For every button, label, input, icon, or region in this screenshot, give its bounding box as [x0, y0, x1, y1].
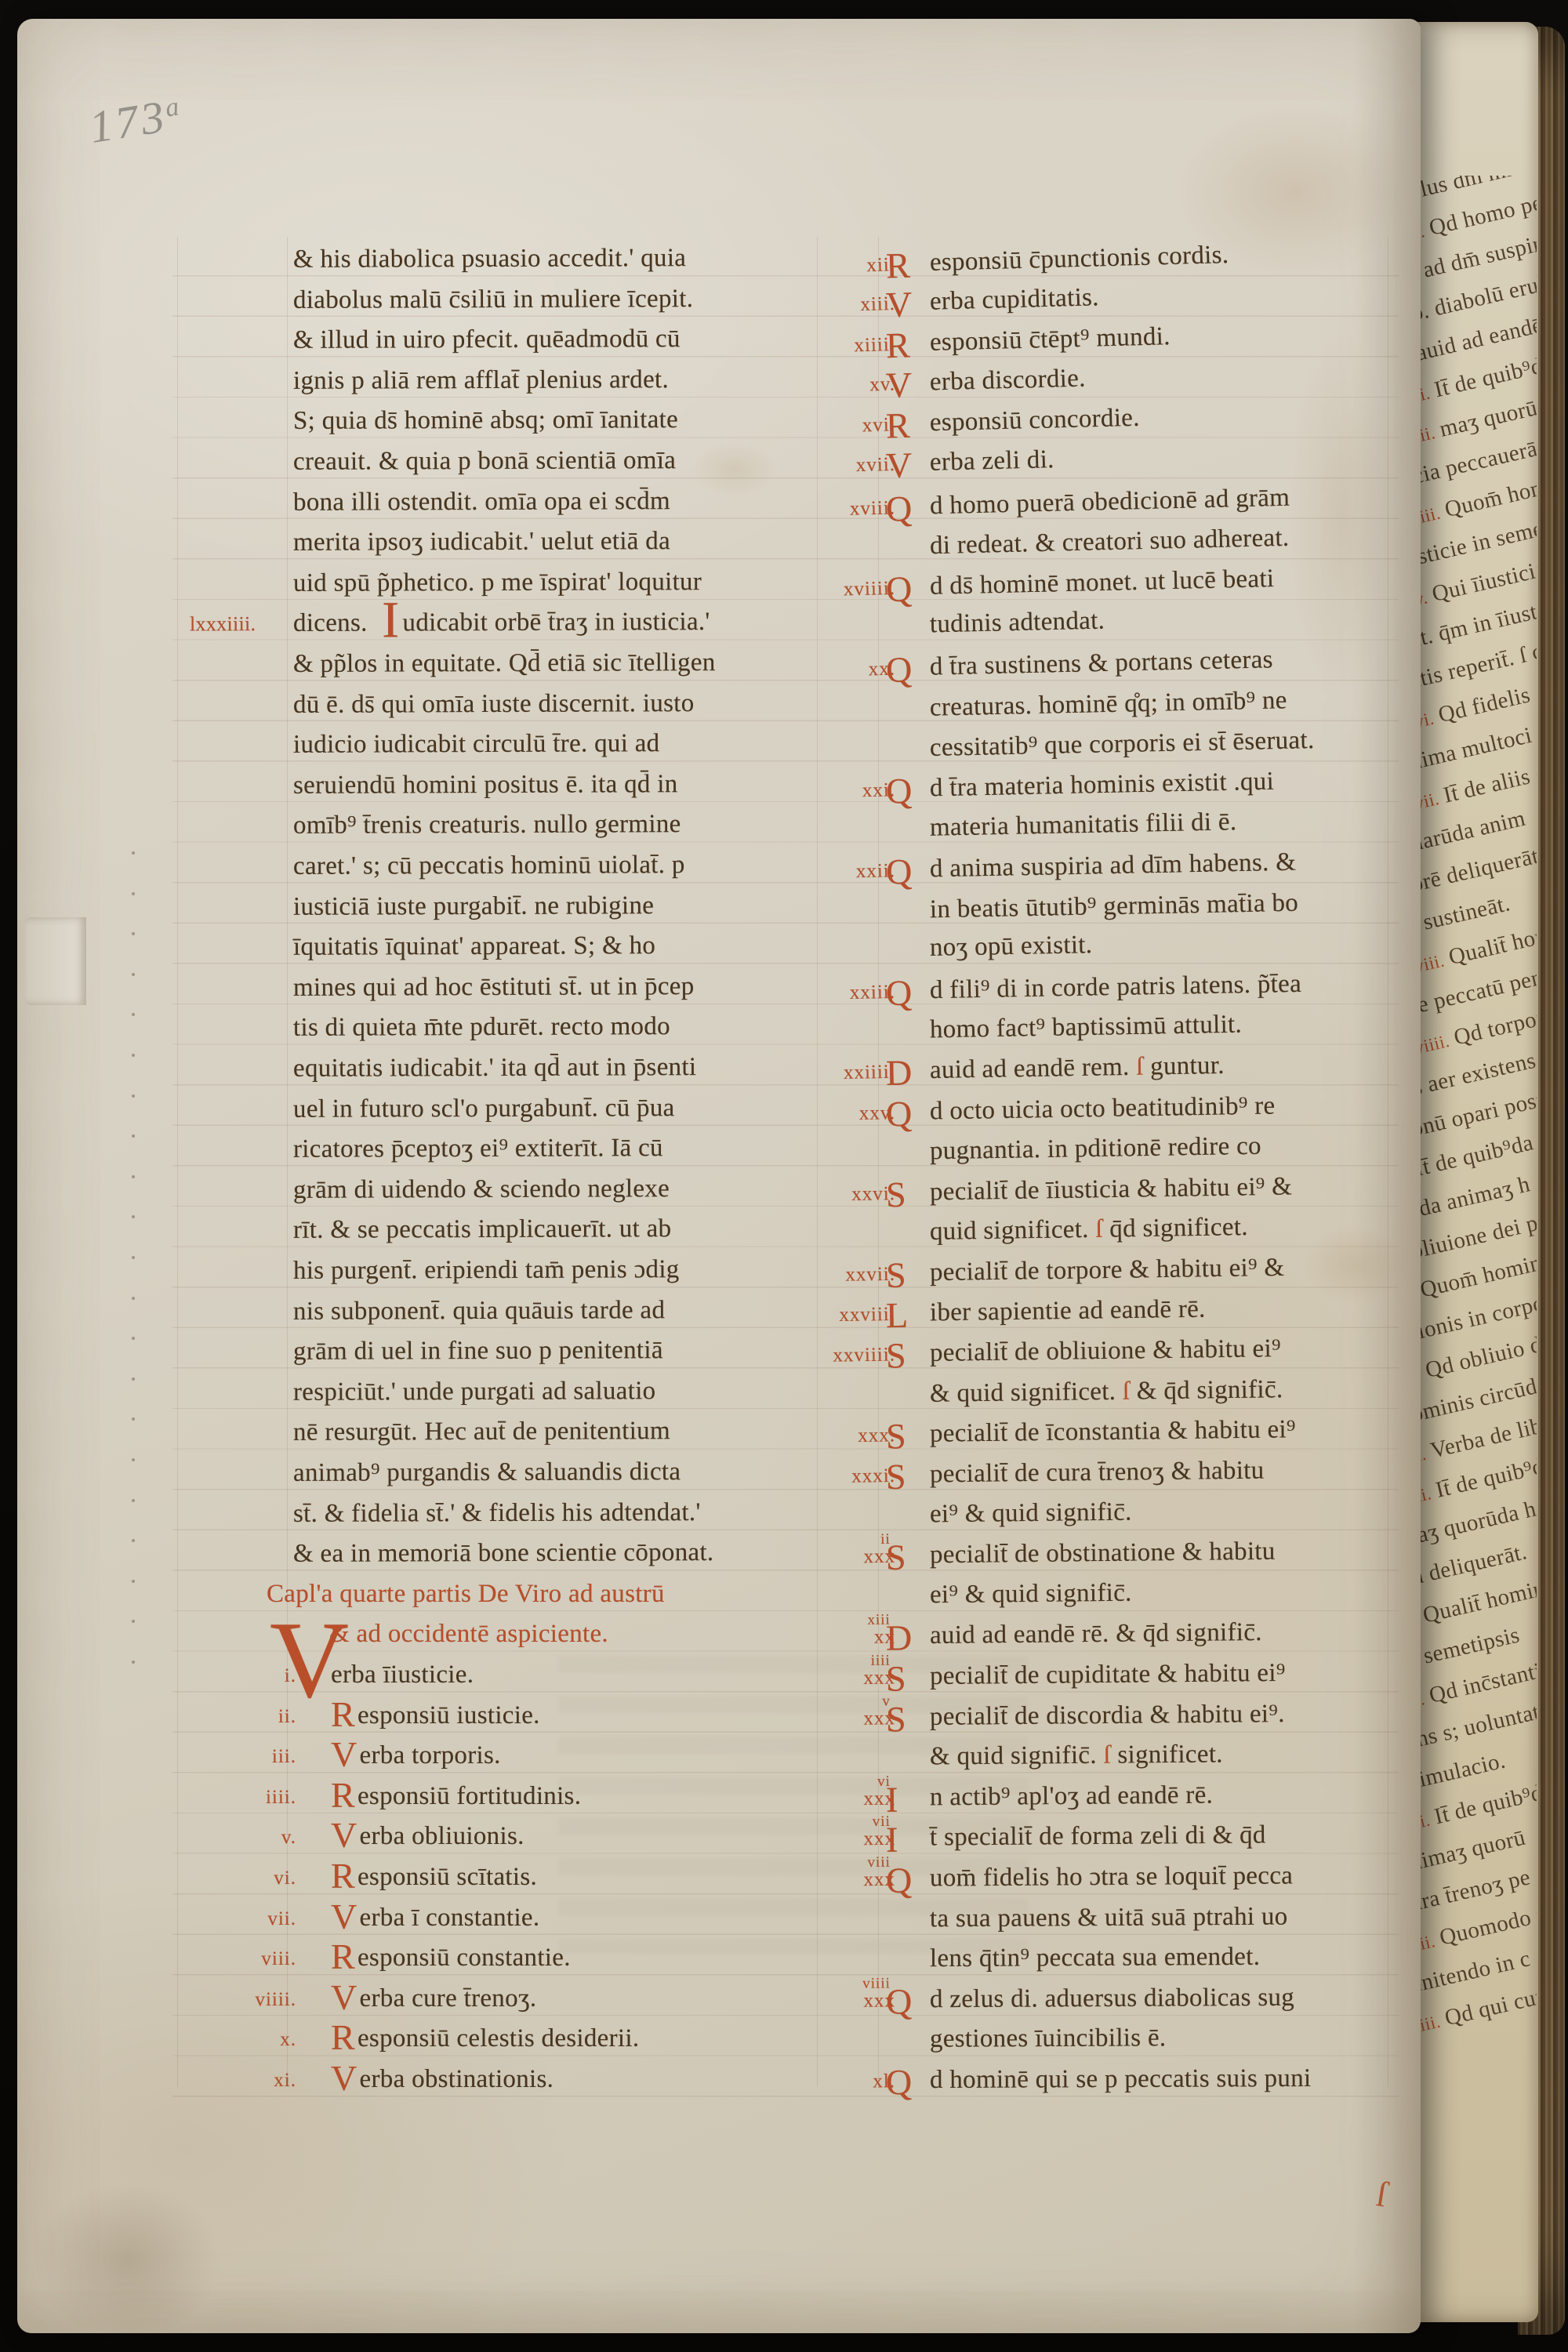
text-line: xxiiii.Dauid ad eandē rem. ſ guntur. — [930, 1051, 1225, 1091]
text-line: xxviii.Liber sapientie ad eandē rē. — [930, 1294, 1206, 1333]
list-item-line: xi.Verba obstinationis. — [331, 2065, 554, 2100]
line-text: d fili⁹ di in corde patris latens. p̃t̄e… — [930, 970, 1302, 1004]
text-line: uel in futuro scl'o purgabunt̄. cū p̄ua — [293, 1094, 675, 1130]
chapter-number: xxxiiii — [814, 1667, 895, 1690]
text-line: xvii.Verba zeli di. — [930, 445, 1055, 483]
text-line: quid significet. ſ q̄d significet. — [930, 1213, 1248, 1252]
text-line: xxvi.Specialit̄ de īiusticia & habitu ei… — [930, 1172, 1293, 1212]
text-line: cessitatib⁹ que corporis ei st̄ ēseruat. — [930, 726, 1315, 768]
text-line: tis di quieta m̄te pdurēt. recto modo — [293, 1013, 670, 1049]
chapter-number: xxxii — [814, 1546, 895, 1569]
line-text: d homo puerā obedicionē ad grām — [930, 483, 1290, 520]
text-line: uid spū p̃phetico. p me īspirat' loquitu… — [293, 568, 702, 604]
text-line: xxv.Qd octo uicia octo beatitudinib⁹ re — [930, 1091, 1276, 1131]
text-line: xxviiii.Specialit̄ de obliuione & habitu… — [930, 1334, 1281, 1374]
chapter-number: xiiii. — [814, 334, 896, 358]
chapter-number: xxv. — [814, 1102, 895, 1126]
list-item-line: vi.Responsiū scītatis. — [331, 1863, 537, 1897]
initial-letter: Q — [886, 971, 913, 1014]
chapter-number: x. — [215, 2029, 296, 2051]
text-line: xxx.Specialit̄ de īconstantia & habitu e… — [930, 1416, 1296, 1455]
text-line: S; quia ds̄ hominē absq; omī īanitate — [293, 406, 678, 442]
line-text: erba cupiditatis. — [929, 283, 1099, 316]
initial-letter: Q — [886, 1860, 913, 1901]
line-text: erba īiusticie. — [331, 1661, 474, 1689]
folio-superscript: a — [163, 92, 184, 123]
initial-letter: Q — [885, 648, 913, 691]
line-text: noʒ opū existit. — [930, 931, 1093, 962]
text-line: xxxviiIt̄ specialit̄ de forma zeli di & … — [930, 1821, 1266, 1858]
line-text: erba cure t̄renoʒ. — [360, 1984, 537, 2013]
text-line: & ea in memoriā bone scientie cōponat. — [293, 1538, 714, 1574]
text-line: bona illi ostendit. omīa opa ei scd̄m — [293, 487, 670, 523]
line-text: S; quia ds̄ hominē absq; omī īanitate — [293, 406, 678, 436]
pricking-dot — [132, 1661, 135, 1664]
line-text: erba zeli di. — [930, 445, 1055, 477]
text-line: pugnantia. in pditionē redire co — [930, 1132, 1262, 1171]
rubric-segment: ſ — [1103, 1741, 1111, 1769]
line-text: lens q̄tin⁹ peccata sua emendet. — [930, 1943, 1260, 1973]
pricking-dot — [132, 1134, 135, 1138]
text-line: xxxiiiDauid ad eandē rē. & q̄d signific̄… — [930, 1618, 1262, 1656]
text-line: diabolus malū c̄siliū in muliere īcepit. — [293, 285, 693, 321]
text-line: iusticiā iuste purgabit̄. ne rubigine — [293, 891, 654, 927]
chapter-number: xi. — [215, 2070, 296, 2092]
list-item-line: i.erba īiusticie. — [331, 1661, 474, 1695]
initial-letter: Q — [885, 770, 913, 812]
text-line: dū ē. ds̄ qui omīa iuste discernit. iust… — [293, 689, 695, 725]
line-text: nē resurgūt. Hec aut̄ de penitentium — [293, 1417, 670, 1447]
text-line: & illud in uiro pfecit. quēadmodū cū — [293, 325, 681, 361]
rubric-line: & ad occidentē aspiciente. — [329, 1620, 608, 1654]
initial-letter: S — [886, 1254, 907, 1296]
text-line: xvi.Responsiū concordie. — [930, 404, 1141, 443]
line-text: pecialit̄ de obstinatione & habitu — [930, 1537, 1276, 1570]
line-text: d anima suspiria ad dīm habens. & — [930, 848, 1297, 884]
text-line: di redeat. & creatori suo adhereat. — [930, 524, 1290, 566]
text-line: xxiii.Qd fili⁹ di in corde patris latens… — [930, 970, 1302, 1011]
line-text: esponsiū scītatis. — [358, 1863, 537, 1891]
line-text: uel in futuro scl'o purgabunt̄. cū p̄ua — [293, 1094, 675, 1123]
chapter-number: xxviiii. — [814, 1345, 895, 1367]
text-line: iudicio iudicabit circulū t̄re. qui ad — [293, 729, 660, 765]
text-line: materia humanitatis filii di ē. — [930, 808, 1237, 849]
line-text: ei⁹ & quid signific̄. — [930, 1497, 1132, 1528]
text-line: rīt. & se peccatis implicauerīt. ut ab — [293, 1215, 672, 1251]
initial-letter: Q — [886, 1980, 913, 2022]
line-text: d octo uicia octo beatitudinib⁹ re — [930, 1091, 1276, 1125]
pricking-dot — [132, 1417, 135, 1421]
manuscript-photo: zelus dm̄ minuixli.Qd homo peccata su& a… — [0, 0, 1568, 2352]
line-text: pecialit̄ de obliuione & habitu ei⁹ — [930, 1334, 1281, 1367]
chapter-number: xvi. — [814, 415, 896, 439]
line-text: materia humanitatis filii di ē. — [930, 808, 1237, 843]
pricking-dot — [132, 892, 135, 895]
rubric-segment: ſ — [1095, 1215, 1103, 1243]
text-line: xxvii.Specialit̄ de torpore & habitu ei⁹… — [930, 1254, 1285, 1293]
line-text: seruiendū homini positus ē. ita qd̄ in — [293, 770, 678, 800]
line-text: esponsiū constantie. — [358, 1944, 571, 1972]
pricking-dot — [132, 1620, 135, 1623]
list-item-line: iii.Verba torporis. — [331, 1741, 501, 1776]
initial-letter: L — [886, 1294, 909, 1335]
line-text: st̄. & fidelia st̄.' & fidelis his adten… — [293, 1498, 701, 1528]
line-text: pecialit̄ de cura t̄renoʒ & habitu — [930, 1457, 1265, 1489]
line-text: erba ī constantie. — [360, 1904, 540, 1932]
chapter-number: xxviii. — [814, 1304, 895, 1327]
line-text: quid significet. — [930, 1215, 1096, 1246]
text-line: & quid signific̄. ſ significet. — [930, 1740, 1223, 1777]
line-text: udicabit orbē t̄raʒ in iusticia.' — [402, 608, 710, 637]
initial-letter: Q — [886, 2061, 913, 2103]
line-text: esponsiū celestis desiderii. — [358, 2024, 639, 2053]
stain — [1303, 1226, 1405, 1305]
line-text: merita ipsoʒ iudicabit.' uelut etiā da — [293, 527, 670, 557]
text-line: nis subponent̄. quia quāuis tarde ad — [293, 1296, 665, 1332]
text-line: ei⁹ & quid signific̄. — [930, 1497, 1132, 1534]
pricking-dot — [132, 973, 135, 976]
line-text: pecialit̄ de torpore & habitu ei⁹ & — [930, 1254, 1285, 1287]
text-line: xviii.Qd homo puerā obedicionē ad grām — [930, 483, 1290, 526]
initial-letter: R — [885, 245, 910, 287]
line-text: grām di uidendo & sciendo neglexe — [293, 1174, 670, 1204]
vertical-ruling — [177, 237, 178, 2087]
line-text: diabolus malū c̄siliū in muliere īcepit. — [293, 285, 693, 314]
vertical-ruling — [1388, 237, 1388, 2087]
line-text: uom̄ fidelis ho ɔtra se loquit̄ pecca — [930, 1861, 1293, 1892]
text-line: st̄. & fidelia st̄.' & fidelis his adten… — [293, 1498, 701, 1534]
text-line: xxi.Qd t̄ra materia hominis existit .qui — [930, 767, 1275, 808]
chapter-number: xxxviiii — [814, 1990, 895, 2013]
text-line: xv.Verba discordie. — [929, 364, 1086, 402]
chapter-number: xviiii. — [814, 578, 896, 601]
chapter-number: v. — [215, 1827, 296, 1849]
initial-letter: Q — [886, 851, 913, 893]
text-line: merita ipsoʒ iudicabit.' uelut etiā da — [293, 527, 670, 563]
chapter-number: xxi. — [814, 779, 896, 803]
line-text: bona illi ostendit. omīa opa ei scd̄m — [293, 487, 670, 517]
line-text: & ea in memoriā bone scientie cōponat. — [293, 1538, 714, 1568]
line-text: uid spū p̃phetico. p me īspirat' loquitu… — [293, 568, 702, 597]
text-line: xxxviiiQuom̄ fidelis ho ɔtra se loquit̄ … — [930, 1861, 1293, 1898]
chapter-number: xx. — [814, 659, 896, 682]
line-text: gestiones īuincibilis ē. — [930, 2024, 1167, 2053]
line-text: creaturas. hominē q̊q; in omīb⁹ ne — [930, 686, 1287, 721]
chapter-number: xxiiii. — [814, 1062, 895, 1085]
text-line: in beatis ūtutib⁹ germinās mat̄ia bo — [930, 888, 1299, 930]
pricking-dot — [132, 1580, 135, 1583]
chapter-number: xii. — [814, 254, 896, 278]
text-line: his purgent̄. eripiendi tam̄ penis ɔdig — [293, 1255, 680, 1291]
line-text: guntur. — [1143, 1051, 1225, 1081]
initial-letter: Q — [885, 487, 913, 529]
line-text: pugnantia. in pditionē redire co — [930, 1132, 1261, 1165]
pricking-dot — [132, 1013, 135, 1016]
line-text: pecialit̄ de īiusticia & habitu ei⁹ & — [930, 1172, 1293, 1206]
line-text: grām di uel in fine suo p penitentiā — [293, 1336, 663, 1366]
line-text: iber sapientie ad eandē rē. — [930, 1294, 1206, 1327]
line-text: erba obstinationis. — [360, 2065, 554, 2093]
chapter-number: xxxiii — [814, 1627, 895, 1650]
line-text: homo fact⁹ baptissimū attulit. — [930, 1011, 1243, 1044]
chapter-number: xxii. — [814, 860, 896, 884]
chapter-number: i. — [215, 1665, 296, 1687]
line-text: dū ē. ds̄ qui omīa iuste discernit. iust… — [293, 689, 695, 719]
line-text: pecialit̄ de discordia & habitu ei⁹. — [930, 1700, 1285, 1731]
text-line: xxxiiiiSpecialit̄ de cupiditate & habitu… — [930, 1659, 1286, 1697]
initial-letter: V — [885, 283, 913, 325]
initial-letter: S — [886, 1334, 907, 1376]
chapter-number: xviii. — [814, 497, 896, 521]
text-line: creaturas. hominē q̊q; in omīb⁹ ne — [930, 686, 1288, 728]
text-line: xxxviIn actib⁹ apl'oʒ ad eandē rē. — [930, 1780, 1213, 1817]
line-text: q̄d significet. — [1102, 1213, 1248, 1243]
text-line: xii.Responsiū c̄punctionis cordis. — [929, 241, 1229, 283]
line-text: t̄ specialit̄ de forma zeli di & q̄d — [930, 1821, 1266, 1852]
line-text: animab⁹ purgandis & saluandis dicta — [293, 1457, 681, 1487]
chapter-number: xv. — [814, 373, 896, 397]
text-line: xxxvSpecialit̄ de discordia & habitu ei⁹… — [930, 1700, 1285, 1737]
line-text: nis subponent̄. quia quāuis tarde ad — [293, 1296, 665, 1326]
text-line: ignis p aliā rem afflat̄ plenius ardet. — [293, 365, 669, 401]
initial-letter: S — [886, 1698, 906, 1740]
text-line: gestiones īuincibilis ē. — [930, 2024, 1167, 2060]
chapter-number: xiii. — [814, 292, 896, 317]
initial-letter: S — [886, 1537, 906, 1578]
text-line: lxxxiiii.dicens. Iudicabit orbē t̄raʒ in… — [293, 608, 710, 644]
text-line: xiii.Verba cupiditatis. — [929, 283, 1099, 322]
stain — [33, 2183, 221, 2339]
line-text: & his diabolica psuasio accedit.' quia — [293, 244, 686, 274]
line-text: auid ad eandē rē. & q̄d signific̄. — [930, 1618, 1262, 1650]
initial-letter: D — [886, 1051, 913, 1094]
text-line: ta sua pauens & uitā suā ptrahi uo — [930, 1902, 1288, 1939]
text-line: respiciūt.' unde purgati ad saluatio — [293, 1377, 656, 1413]
line-text: di redeat. & creatori suo adhereat. — [930, 524, 1290, 560]
text-line: īquitatis īquinat' appareat. S; & ho — [293, 931, 655, 967]
line-text: tis di quieta m̄te pdurēt. recto modo — [293, 1013, 670, 1043]
initial-letter: Q — [885, 568, 913, 610]
line-text: d t̄ra sustinens & portans ceteras — [930, 645, 1274, 681]
chapter-number: xxxi. — [814, 1465, 895, 1488]
chapter-number: viiii. — [215, 1989, 296, 2011]
stain — [691, 442, 778, 497]
line-text: dicens. — [293, 609, 374, 637]
text-line: xxxviiiiQd zelus di. aduersus diabolicas… — [930, 1984, 1294, 2020]
line-text: d t̄ra materia hominis existit .qui — [930, 767, 1275, 802]
text-line: creauit. & quia p bonā scientiā omīa — [293, 446, 676, 482]
text-line: xviiii.Qd ds̄ hominē monet. ut lucē beat… — [930, 564, 1275, 607]
chapter-number: xxxvi — [814, 1788, 895, 1811]
line-text: esponsiū concordie. — [930, 404, 1141, 437]
initial-letter: V — [885, 444, 913, 486]
text-line: xxxiiSpecialit̄ de obstinatione & habitu — [930, 1537, 1276, 1576]
line-text: ricatores p̄ceptoʒ ei⁹ extiterīt. Iā cū — [293, 1134, 663, 1163]
rubric-text: & ad occidentē aspiciente. — [329, 1620, 608, 1648]
stain — [1287, 332, 1397, 693]
initial-letter: S — [886, 1174, 907, 1215]
pricking-dot — [132, 1539, 135, 1542]
text-line: noʒ opū existit. — [930, 931, 1093, 968]
line-text: respiciūt.' unde purgati ad saluatio — [293, 1377, 656, 1406]
line-text: pecialit̄ de īconstantia & habitu ei⁹ — [930, 1416, 1296, 1449]
line-text: ta sua pauens & uitā suā ptrahi uo — [930, 1902, 1288, 1933]
chapter-number: xxxv — [814, 1708, 895, 1730]
text-line: xxxi.Specialit̄ de cura t̄renoʒ & habitu — [930, 1457, 1265, 1495]
text-line: xxii.Qd anima suspiria ad dīm habens. & — [930, 848, 1297, 890]
text-line: xiiii.Responsiū c̄tēpt⁹ mundi. — [929, 322, 1171, 363]
text-line: animab⁹ purgandis & saluandis dicta — [293, 1457, 681, 1494]
line-text: & illud in uiro pfecit. quēadmodū cū — [293, 325, 681, 354]
text-line: mines qui ad hoc ēstituti st̄. ut in p̄c… — [293, 972, 695, 1008]
text-line: ei⁹ & quid signific̄. — [930, 1578, 1132, 1615]
list-item-line: viii.Responsiū constantie. — [331, 1944, 571, 1978]
chapter-number: xxiii. — [814, 982, 895, 1005]
text-line: caret.' s; cū peccatis hominū uiolat̄. p — [293, 851, 685, 887]
line-text: erba obliuionis. — [360, 1822, 524, 1850]
line-text: & quid significet. — [930, 1377, 1123, 1408]
list-item-line: v.Verba obliuionis. — [331, 1822, 524, 1857]
text-line: equitatis iudicabit.' ita qd̄ aut in p̄s… — [293, 1053, 697, 1089]
list-item-line: x.Responsiū celestis desiderii. — [331, 2024, 639, 2059]
line-text: tudinis adtendat. — [930, 607, 1105, 639]
line-text: n actib⁹ apl'oʒ ad eandē rē. — [930, 1780, 1213, 1811]
line-text: ei⁹ & quid signific̄. — [930, 1578, 1132, 1609]
line-text: rīt. & se peccatis implicauerīt. ut ab — [293, 1215, 672, 1245]
text-line: nē resurgūt. Hec aut̄ de penitentium — [293, 1417, 670, 1454]
line-text: mines qui ad hoc ēstituti st̄. ut in p̄c… — [293, 972, 695, 1002]
text-line: & his diabolica psuasio accedit.' quia — [293, 244, 686, 280]
line-text: erba discordie. — [929, 364, 1086, 396]
text-line: grām di uidendo & sciendo neglexe — [293, 1174, 670, 1210]
pricking-dot — [132, 1297, 135, 1300]
chapter-number: iii. — [215, 1746, 296, 1768]
line-text: & pp̃los in equitate. Qd̄ etiā sic ītell… — [293, 648, 716, 678]
pricking-dot — [132, 1458, 135, 1461]
text-line: seruiendū homini positus ē. ita qd̄ in — [293, 770, 678, 806]
pricking-dot — [132, 1337, 135, 1340]
line-text: iusticiā iuste purgabit̄. ne rubigine — [293, 891, 654, 921]
pricking-dot — [132, 1256, 135, 1259]
chapter-number: xvii. — [814, 454, 896, 477]
initial-letter: Q — [886, 1092, 913, 1134]
line-text: creauit. & quia p bonā scientiā omīa — [293, 446, 676, 476]
list-item-line: ii.Responsiū iusticie. — [331, 1701, 540, 1736]
line-text: esponsiū c̄punctionis cordis. — [929, 241, 1229, 277]
line-text: cessitatib⁹ que corporis ei st̄ ēseruat. — [930, 726, 1315, 762]
pricking-dot — [132, 1175, 135, 1178]
list-item-line: viiii.Verba cure t̄renoʒ. — [331, 1984, 536, 2019]
line-text: & quid signific̄. — [930, 1741, 1104, 1771]
chapter-number: vi. — [215, 1867, 296, 1889]
list-item-line: iiii.Responsiū fortitudinis. — [331, 1782, 581, 1817]
pricking-dot — [132, 851, 135, 855]
initial-letter: V — [885, 364, 913, 406]
initial-letter: R — [885, 405, 910, 447]
chapter-number: xxx. — [814, 1425, 895, 1448]
pricking-dot — [132, 932, 135, 935]
margin-chapter-number: lxxxiiii. — [190, 612, 284, 636]
chapter-number: xxvi. — [814, 1183, 895, 1207]
text-line: tudinis adtendat. — [930, 607, 1105, 645]
line-text: d hominē qui se p peccatis suis puni — [930, 2064, 1312, 2094]
pencil-folio-number: 173a — [85, 87, 187, 154]
chapter-number: xl. — [814, 2071, 895, 2092]
parchment-tab — [25, 917, 86, 1005]
red-flourish-mark: ſ — [1374, 2172, 1390, 2215]
line-text: equitatis iudicabit.' ita qd̄ aut in p̄s… — [293, 1053, 696, 1083]
initial-letter: S — [886, 1416, 907, 1457]
line-text: ignis p aliā rem afflat̄ plenius ardet. — [293, 365, 669, 395]
line-text: & q̄d signific̄. — [1130, 1375, 1283, 1405]
chapter-number: vii. — [215, 1908, 296, 1930]
chapter-number: xxvii. — [814, 1264, 895, 1287]
pricking-dot — [132, 1499, 135, 1502]
vertical-ruling — [287, 237, 288, 2087]
pricking-dot — [132, 1377, 135, 1381]
chapter-number: viii. — [215, 1948, 296, 1970]
rubric-segment: ſ — [1136, 1053, 1144, 1081]
line-text: erba torporis. — [360, 1741, 501, 1769]
folio-digits: 173 — [86, 90, 171, 153]
line-text: d ds̄ hominē monet. ut lucē beati — [930, 564, 1275, 601]
manuscript-page: 173a & his diabolica psuasio accedit.' q… — [17, 19, 1421, 2333]
line-text: esponsiū fortitudinis. — [358, 1782, 581, 1810]
chapter-number: iiii. — [215, 1787, 296, 1809]
text-line: ricatores p̄ceptoʒ ei⁹ extiterīt. Iā cū — [293, 1134, 663, 1170]
line-text: esponsiū iusticie. — [358, 1701, 540, 1730]
line-text: esponsiū c̄tēpt⁹ mundi. — [929, 322, 1171, 357]
line-text: omīb⁹ t̄renis creaturis. nullo germine — [293, 811, 681, 840]
line-text: īquitatis īquinat' appareat. S; & ho — [293, 931, 655, 961]
text-line: lens q̄tin⁹ peccata sua emendet. — [930, 1943, 1260, 1979]
text-line: & quid significet. ſ & q̄d signific̄. — [930, 1375, 1283, 1414]
line-text: his purgent̄. eripiendi tam̄ penis ɔdig — [293, 1255, 680, 1285]
line-text: auid ad eandē rem. — [930, 1053, 1137, 1084]
text-line: omīb⁹ t̄renis creaturis. nullo germine — [293, 811, 681, 847]
list-item-line: vii.Verba ī constantie. — [331, 1904, 539, 1938]
chapter-number: ii. — [215, 1706, 296, 1728]
text-line: grām di uel in fine suo p penitentiā — [293, 1336, 663, 1372]
line-text: in beatis ūtutib⁹ germinās mat̄ia bo — [930, 888, 1299, 924]
initial-letter: R — [885, 325, 910, 367]
pricking-dot — [132, 1094, 135, 1098]
pricking-dot — [132, 1054, 135, 1057]
line-text: significet. — [1111, 1740, 1223, 1769]
text-line: xl.Qd hominē qui se p peccatis suis puni — [930, 2064, 1312, 2100]
line-text: iudicio iudicabit circulū t̄re. qui ad — [293, 729, 660, 759]
chapter-number: xxxviii — [814, 1869, 895, 1892]
text-line: & pp̃los in equitate. Qd̄ etiā sic ītell… — [293, 648, 716, 684]
pricking-dot — [132, 1215, 135, 1218]
line-text: pecialit̄ de cupiditate & habitu ei⁹ — [930, 1659, 1286, 1690]
chapter-number: xxxvii — [814, 1828, 895, 1851]
text-line: homo fact⁹ baptissimū attulit. — [930, 1011, 1243, 1051]
line-text: caret.' s; cū peccatis hominū uiolat̄. p — [293, 851, 685, 880]
line-text: d zelus di. aduersus diabolicas sug — [930, 1984, 1294, 2013]
initial-letter: S — [886, 1456, 906, 1497]
text-line: xx.Qd t̄ra sustinens & portans ceteras — [930, 645, 1274, 687]
